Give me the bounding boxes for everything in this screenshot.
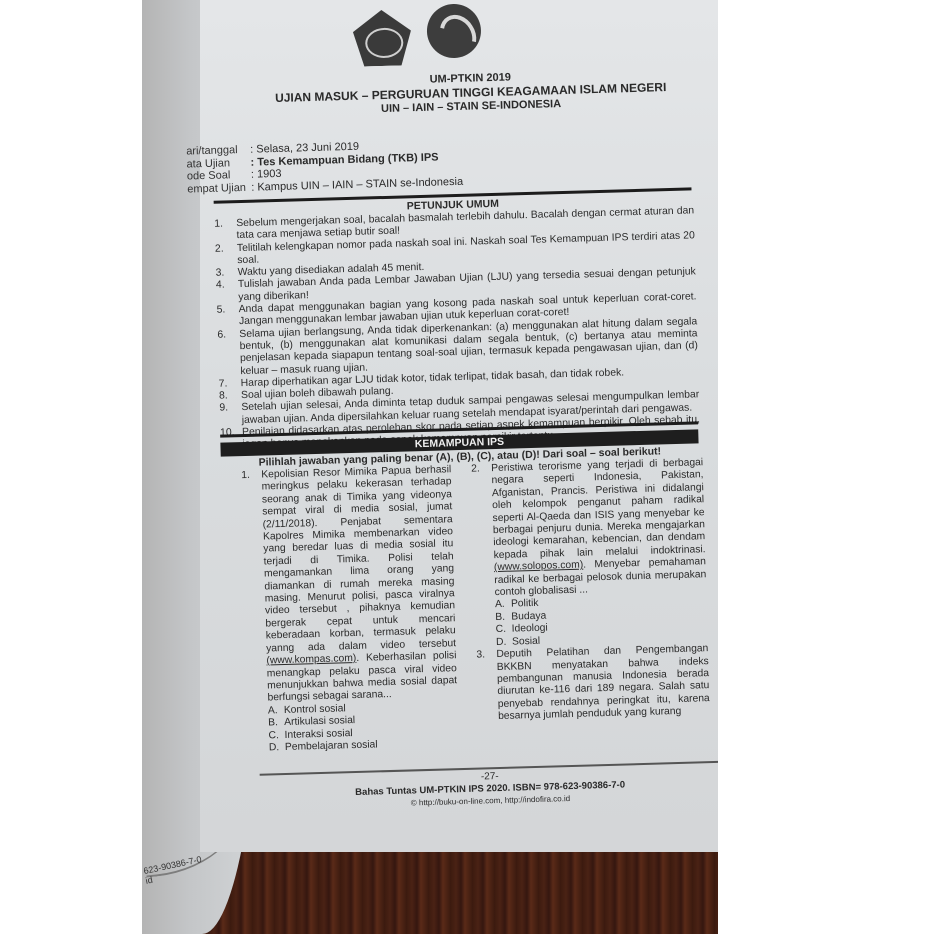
option-letter: B. [268, 717, 284, 730]
question-text: Kepolisian Resor Mimika Papua berhasil m… [261, 464, 458, 705]
source-link[interactable]: (www.kompas.com) [266, 653, 356, 667]
question-number: 3. [476, 649, 498, 724]
question-text: Peristiwa terorisme yang terjadi di berb… [491, 457, 707, 599]
option-letter: C. [268, 730, 284, 743]
question-stem: 2.Peristiwa terorisme yang terjadi di be… [471, 457, 707, 600]
option-letter: A. [495, 599, 511, 612]
option-letter: C. [496, 624, 512, 637]
instruction-number: 3. [215, 267, 237, 280]
question-stem: 3.Deputih Pelatihan dan Pengembangan BKK… [476, 643, 710, 724]
header-logos [352, 3, 484, 67]
exam-header: UM-PTKIN 2019 UJIAN MASUK – PERGURUAN TI… [230, 65, 711, 120]
exam-page: UM-PTKIN 2019 UJIAN MASUK – PERGURUAN TI… [200, 0, 718, 852]
ministry-emblem-icon [352, 9, 412, 67]
instruction-number: 1. [214, 218, 237, 243]
option-text: Ideologi [512, 623, 548, 636]
questions-right-column: 2.Peristiwa terorisme yang terjadi di be… [471, 457, 710, 724]
meta-label: empat Ujian [187, 181, 251, 195]
option-text: Budaya [511, 611, 546, 624]
meta-value: : 1903 [251, 168, 282, 181]
option-text: Sosial [512, 636, 540, 649]
question: 1.Kepolisian Resor Mimika Papua berhasil… [241, 464, 459, 755]
instruction-number: 2. [215, 243, 238, 268]
answer-options: A.Kontrol sosialB.Artikulasi sosialC.Int… [268, 700, 459, 755]
instruction-number: 9. [219, 403, 242, 428]
book-photo: 623-90386-7-0 id UM-PTKIN 2019 UJIAN MAS… [142, 0, 718, 934]
general-instructions-list: 1.Sebelum mengerjakan soal, bacalah basm… [214, 205, 700, 452]
instruction-number: 7. [219, 378, 241, 391]
exam-meta: ari/tanggal: Selasa, 23 Juni 2019ata Uji… [186, 138, 463, 196]
ptkin-logo-icon [426, 3, 481, 58]
option-text: Politik [511, 598, 539, 611]
question: 2.Peristiwa terorisme yang terjadi di be… [471, 457, 708, 649]
option-letter: D. [269, 742, 285, 755]
instruction-number: 4. [216, 280, 239, 305]
option-letter: B. [495, 611, 511, 624]
question: 3.Deputih Pelatihan dan Pengembangan BKK… [476, 643, 710, 724]
instruction-number: 6. [217, 329, 240, 379]
question-stem: 1.Kepolisian Resor Mimika Papua berhasil… [241, 464, 457, 705]
instruction-number: 5. [217, 304, 240, 329]
option-letter: A. [268, 705, 284, 718]
question-text: Deputih Pelatihan dan Pengembangan BKKBN… [496, 643, 710, 723]
answer-options: A.PolitikB.BudayaC.IdeologiD.Sosial [495, 594, 708, 650]
instruction-number: 8. [219, 390, 241, 403]
option-letter: D. [496, 636, 512, 649]
questions-left-column: 1.Kepolisian Resor Mimika Papua berhasil… [241, 464, 459, 755]
option-text: Pembelajaran sosial [285, 739, 378, 754]
source-link[interactable]: (www.solopos.com) [494, 560, 584, 573]
